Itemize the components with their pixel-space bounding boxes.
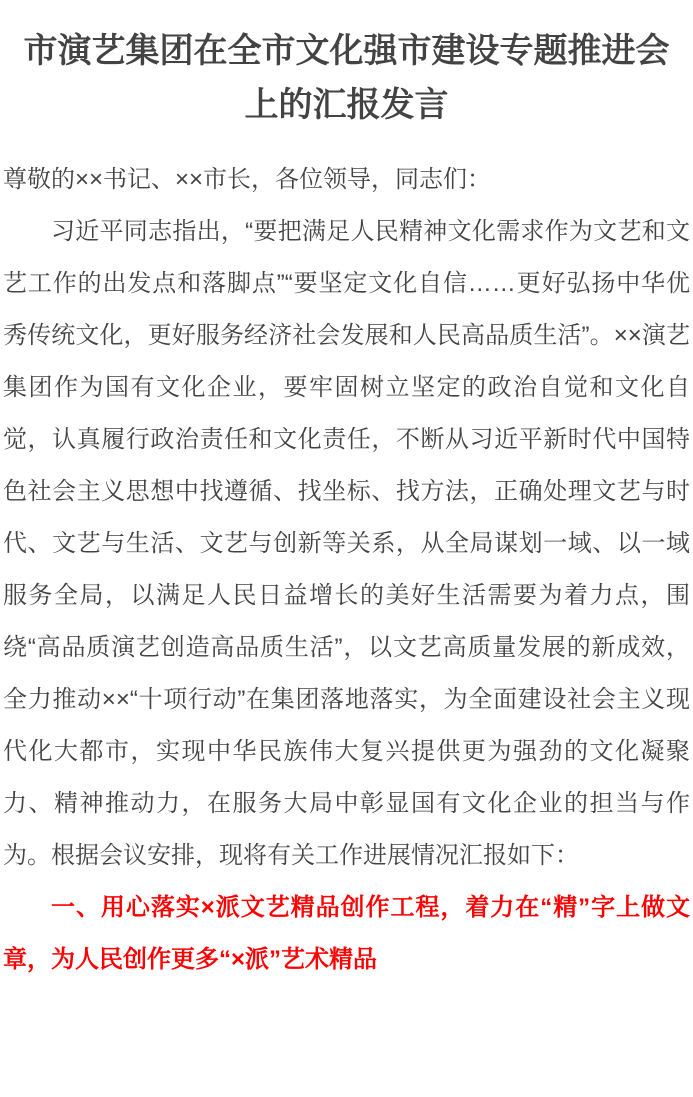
body-paragraph: 习近平同志指出，“要把满足人民精神文化需求作为文艺和文艺工作的出发点和落脚点”“… [3,206,690,882]
section-heading-red: 一、用心落实×派文艺精品创作工程，着力在“精”字上做文章，为人民创作更多“×派”… [3,882,690,986]
document-page: 市演艺集团在全市文化强市建设专题推进会 上的汇报发言 尊敬的××书记、××市长，… [0,0,693,1097]
salutation-line: 尊敬的××书记、××市长，各位领导，同志们： [3,154,690,206]
document-title-line-1: 市演艺集团在全市文化强市建设专题推进会 [3,24,690,78]
document-title: 市演艺集团在全市文化强市建设专题推进会 上的汇报发言 [3,24,690,132]
document-title-line-2: 上的汇报发言 [3,78,690,132]
